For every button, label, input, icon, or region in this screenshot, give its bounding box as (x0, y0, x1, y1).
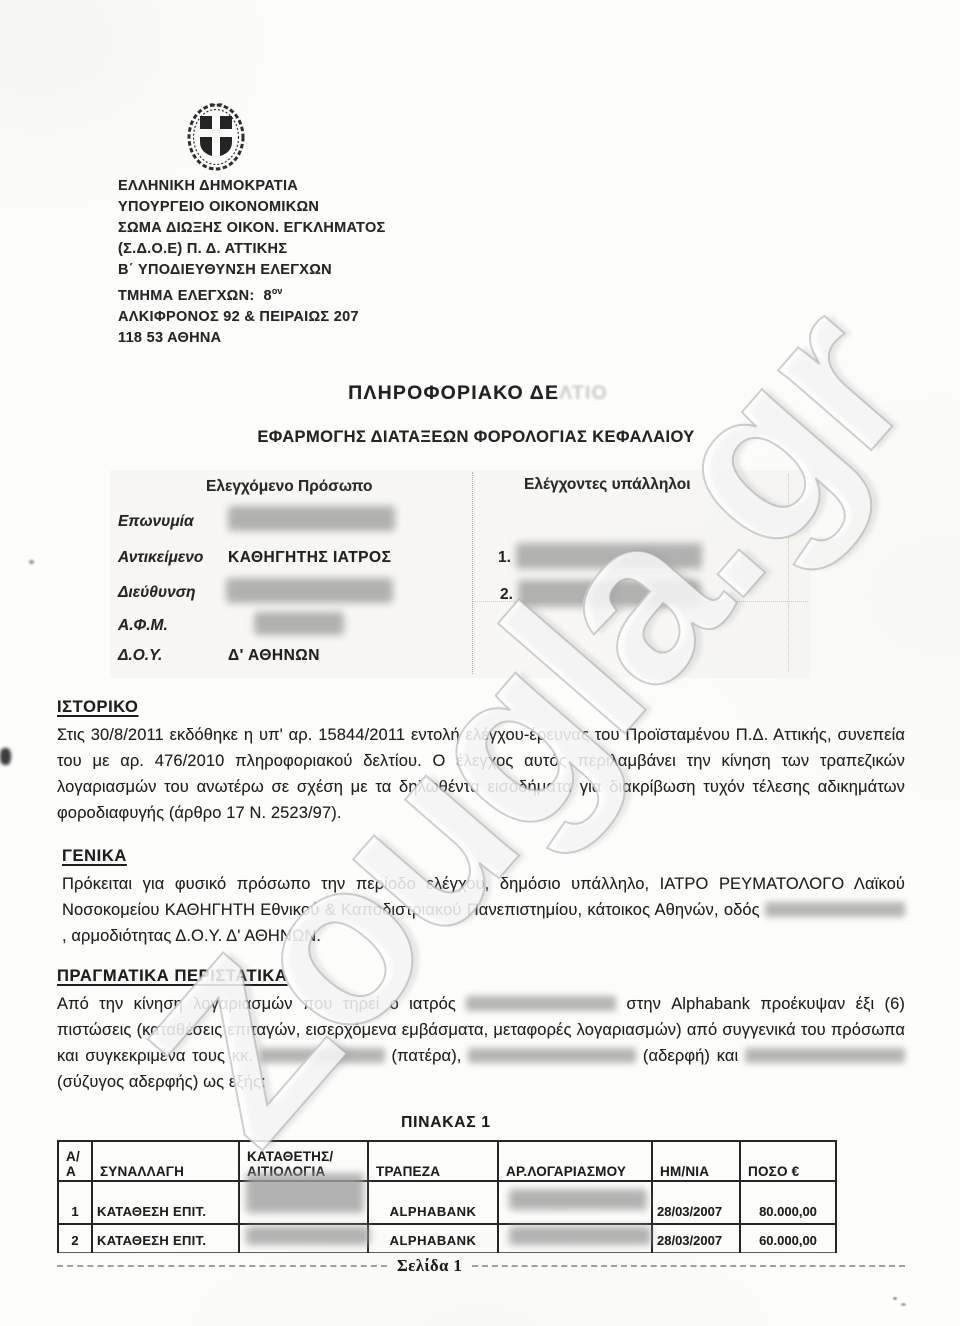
redacted-text (765, 902, 905, 917)
redacted-inspector-2 (518, 580, 700, 607)
cell-logariasmos-redacted (498, 1224, 652, 1253)
document-title: ΠΛΗΡΟΦΟΡΙΑΚΟ ΔΕΛΤΙΟ (0, 382, 956, 405)
scan-speck (901, 1303, 906, 1306)
document-subtitle: ΕΦΑΡΜΟΓΗΣ ΔΙΑΤΑΞΕΩΝ ΦΟΡΟΛΟΓΙΑΣ ΚΕΦΑΛΑΙΟΥ (0, 428, 952, 447)
section-heading: ΙΣΤΟΡΙΚΟ (57, 698, 905, 717)
dept-ordinal: ον (272, 286, 283, 296)
dept-label: ΤΜΗΜΑ ΕΛΕΓΧΩΝ: (118, 288, 255, 304)
form-label-doy: Δ.Ο.Υ. (118, 647, 162, 665)
title-visible-part: ΠΛΗΡΟΦΟΡΙΑΚΟ ΔΕ (348, 382, 559, 404)
form-value-antikeimeno: ΚΑΘΗΓΗΤΗΣ ΙΑΤΡΟΣ (228, 549, 391, 567)
transactions-table: Α/Α ΣΥΝΑΛΛΑΓΗ ΚΑΤΑΘΕΤΗΣ/ ΑΙΤΙΟΛΟΓΙΑ ΤΡΑΠ… (57, 1140, 837, 1253)
redacted-text (260, 1048, 385, 1063)
inspector-number-1: 1. (498, 549, 511, 567)
letterhead-line: (Σ.Δ.Ο.Ε) Π. Δ. ΑΤΤΙΚΗΣ (118, 239, 386, 260)
section-paragraph: Από την κίνηση λογαριασμών που τηρεί ο ι… (57, 991, 905, 1095)
col-header-aa: Α/Α (58, 1141, 92, 1181)
letterhead-address-line: ΑΛΚΙΦΡΟΝΟΣ 92 & ΠΕΙΡΑΙΩΣ 207 (118, 307, 386, 328)
cell-poso: 80.000,00 (740, 1181, 836, 1224)
cell-imnia: 28/03/2007 (652, 1181, 740, 1224)
cell-imnia: 28/03/2007 (652, 1224, 740, 1253)
footer-dashed-line (57, 1265, 387, 1267)
page-number-label: Σελίδα 1 (397, 1256, 462, 1276)
redacted-depositor (246, 1173, 364, 1213)
form-label-dieythynsi: Διεύθυνση (118, 584, 195, 602)
table-row: 1 ΚΑΤΑΘΕΣΗ ΕΠΙΤ. ALPHABANK 28/03/2007 80… (58, 1181, 836, 1224)
redacted-eponymia-value (228, 506, 395, 531)
section-istoriko: ΙΣΤΟΡΙΚΟ Στις 30/8/2011 εκδόθηκε η υπ' α… (57, 698, 905, 826)
scan-speck (893, 1297, 897, 1300)
redacted-inspector-1 (516, 543, 702, 569)
section-pragmatika-peristatika: ΠΡΑΓΜΑΤΙΚΑ ΠΕΡΙΣΤΑΤΙΚΑ Από την κίνηση λο… (57, 967, 905, 1095)
redacted-text (468, 1048, 636, 1063)
redacted-text (745, 1048, 905, 1063)
cell-synallagi: ΚΑΤΑΘΕΣΗ ΕΠΙΤ. (92, 1224, 239, 1253)
scan-speck (0, 748, 11, 765)
form-label-antikeimeno: Αντικείμενο (118, 549, 203, 567)
inspector-number-2: 2. (500, 586, 513, 604)
letterhead-address-line: 118 53 ΑΘΗΝΑ (118, 328, 386, 349)
letterhead-line: ΕΛΛΗΝΙΚΗ ΔΗΜΟΚΡΑΤΙΑ (118, 176, 386, 197)
form-column-divider (472, 472, 473, 674)
letterhead-line: ΥΠΟΥΡΓΕΙΟ ΟΙΚΟΝΟΜΙΚΩΝ (118, 197, 386, 218)
cell-logariasmos-redacted (498, 1181, 652, 1224)
form-header-subject: Ελεγχόμενο Πρόσωπο (206, 478, 372, 496)
table-title: ΠΙΝΑΚΑΣ 1 (57, 1114, 835, 1132)
letterhead: ΕΛΛΗΝΙΚΗ ΔΗΜΟΚΡΑΤΙΑ ΥΠΟΥΡΓΕΙΟ ΟΙΚΟΝΟΜΙΚΩ… (118, 176, 386, 349)
subject-form: Ελεγχόμενο Πρόσωπο Ελέγχοντες υπάλληλοι … (110, 470, 810, 678)
scanned-document-page: Zougla.gr ΕΛΛΗΝΙΚΗ ΔΗΜΟΚΡΑΤΙΑ ΥΠΟΥΡΓΕΙΟ … (0, 0, 960, 1326)
cell-katathetis-redacted (239, 1224, 368, 1253)
redacted-account-number (509, 1226, 651, 1245)
scan-speck (29, 560, 34, 564)
col-header-trapeza: ΤΡΑΠΕΖΑ (368, 1141, 498, 1181)
section-heading: ΠΡΑΓΜΑΤΙΚΑ ΠΕΡΙΣΤΑΤΙΚΑ (57, 967, 905, 986)
form-right-edge (788, 474, 789, 672)
cell-katathetis-redacted (239, 1181, 368, 1224)
footer-dashed-line (472, 1265, 905, 1267)
page-footer: Σελίδα 1 (57, 1256, 905, 1276)
form-label-afm: Α.Φ.Μ. (118, 617, 168, 635)
title-faded-part: ΛΤΙΟ (559, 382, 608, 404)
section-genika: ΓΕΝΙΚΑ Πρόκειται για φυσικό πρόσωπο την … (62, 847, 905, 949)
col-header-synallagi: ΣΥΝΑΛΛΑΓΗ (92, 1141, 239, 1181)
section-heading: ΓΕΝΙΚΑ (62, 847, 905, 866)
col-header-imnia: ΗΜ/ΝΙΑ (652, 1141, 740, 1181)
letterhead-line: Β΄ ΥΠΟΔΙΕΥΘΥΝΣΗ ΕΛΕΓΧΩΝ (118, 260, 386, 281)
form-label-eponymia: Επωνυμία (118, 513, 194, 531)
section-paragraph: Πρόκειται για φυσικό πρόσωπο την περίοδο… (62, 871, 905, 949)
redacted-depositor (246, 1226, 370, 1245)
table-header-row: Α/Α ΣΥΝΑΛΛΑΓΗ ΚΑΤΑΘΕΤΗΣ/ ΑΙΤΙΟΛΟΓΙΑ ΤΡΑΠ… (58, 1141, 836, 1181)
cell-poso: 60.000,00 (740, 1224, 836, 1253)
letterhead-line: ΣΩΜΑ ΔΙΩΞΗΣ ΟΙΚΟΝ. ΕΓΚΛΗΜΑΤΟΣ (118, 218, 386, 239)
redacted-afm-value (254, 612, 344, 635)
redacted-account-number (509, 1189, 647, 1210)
col-header-poso: ΠΟΣΟ € (740, 1141, 836, 1181)
cell-aa: 1 (58, 1181, 92, 1224)
table-row: 2 ΚΑΤΑΘΕΣΗ ΕΠΙΤ. ALPHABANK 28/03/2007 60… (58, 1224, 836, 1253)
dept-number: 8 (264, 288, 272, 304)
cell-aa: 2 (58, 1224, 92, 1253)
cell-trapeza: ALPHABANK (368, 1181, 498, 1224)
redacted-dieythynsi-value (226, 578, 393, 603)
redacted-text (466, 996, 616, 1011)
cell-trapeza: ALPHABANK (368, 1224, 498, 1253)
col-header-logariasmos: ΑΡ.ΛΟΓΑΡΙΑΣΜΟΥ (498, 1141, 652, 1181)
greek-coat-of-arms-icon (185, 100, 247, 172)
letterhead-dept-line: ΤΜΗΜΑ ΕΛΕΓΧΩΝ:8ον (118, 281, 386, 307)
form-value-doy: Δ' ΑΘΗΝΩΝ (228, 647, 320, 665)
section-paragraph: Στις 30/8/2011 εκδόθηκε η υπ' αρ. 15844/… (57, 722, 905, 826)
form-header-inspectors: Ελέγχοντες υπάλληλοι (524, 476, 691, 494)
cell-synallagi: ΚΑΤΑΘΕΣΗ ΕΠΙΤ. (92, 1181, 239, 1224)
